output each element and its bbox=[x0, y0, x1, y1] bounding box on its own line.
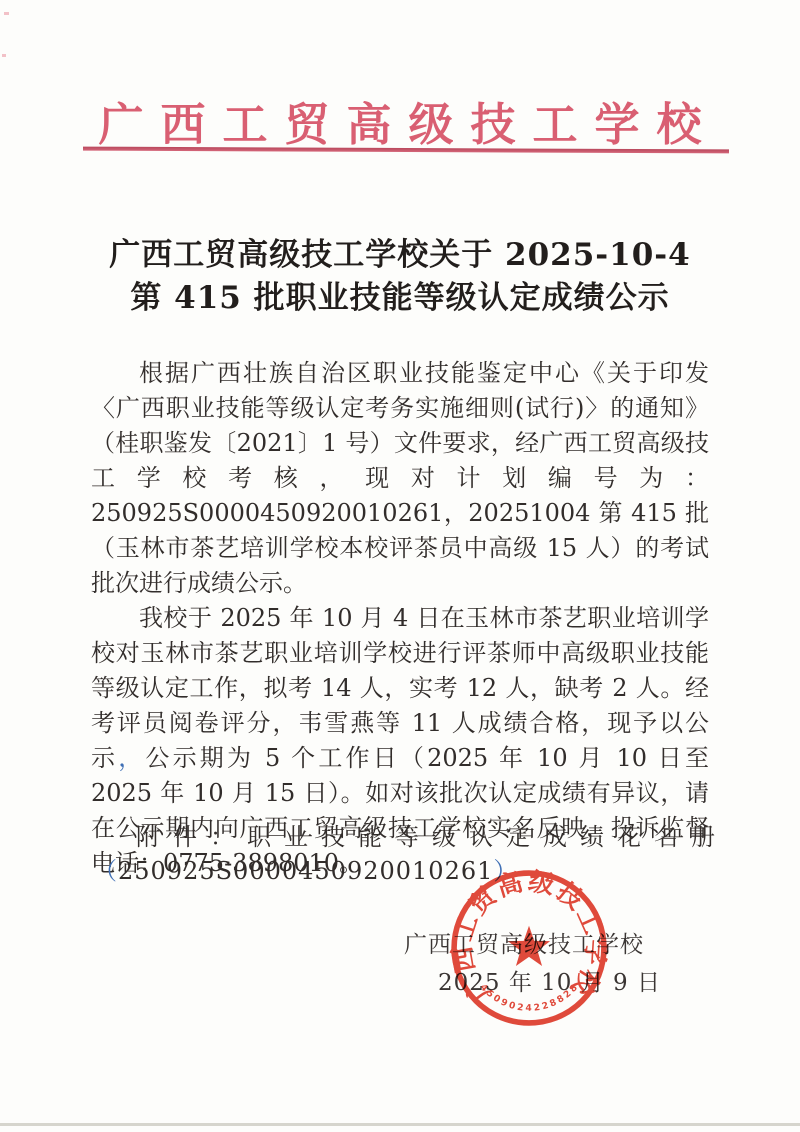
scan-speck bbox=[4, 12, 9, 15]
letterhead-school-name: 广西工贸高级技工学校 bbox=[0, 88, 800, 153]
seal-star-icon bbox=[508, 926, 550, 966]
attachment-paren-open: （ bbox=[93, 857, 118, 885]
scan-bottom-edge bbox=[0, 1123, 800, 1126]
official-seal: 广西工贸高级技工学校 4509024228828 bbox=[448, 866, 610, 1028]
scan-speck bbox=[2, 54, 6, 57]
document-title: 广西工贸高级技工学校关于 2025-10-4 第 415 批职业技能等级认定成绩… bbox=[0, 234, 800, 320]
attachment-label-line: 附件：职业技能等级认定成绩花名册 bbox=[136, 817, 728, 852]
document-title-line1: 广西工贸高级技工学校关于 2025-10-4 bbox=[0, 234, 800, 277]
document-title-line2: 第 415 批职业技能等级认定成绩公示 bbox=[0, 277, 800, 320]
paragraph-basis: 根据广西壮族自治区职业技能鉴定中心《关于印发〈广西职业技能等级认定考务实施细则(… bbox=[91, 356, 709, 601]
attachment-code-value: 250925S0000450920010261 bbox=[118, 857, 493, 885]
scanned-notice-page: 广西工贸高级技工学校 广西工贸高级技工学校关于 2025-10-4 第 415 … bbox=[0, 0, 800, 1132]
body-text: 根据广西壮族自治区职业技能鉴定中心《关于印发〈广西职业技能等级认定考务实施细则(… bbox=[91, 356, 709, 881]
blue-comma: ， bbox=[118, 744, 145, 772]
